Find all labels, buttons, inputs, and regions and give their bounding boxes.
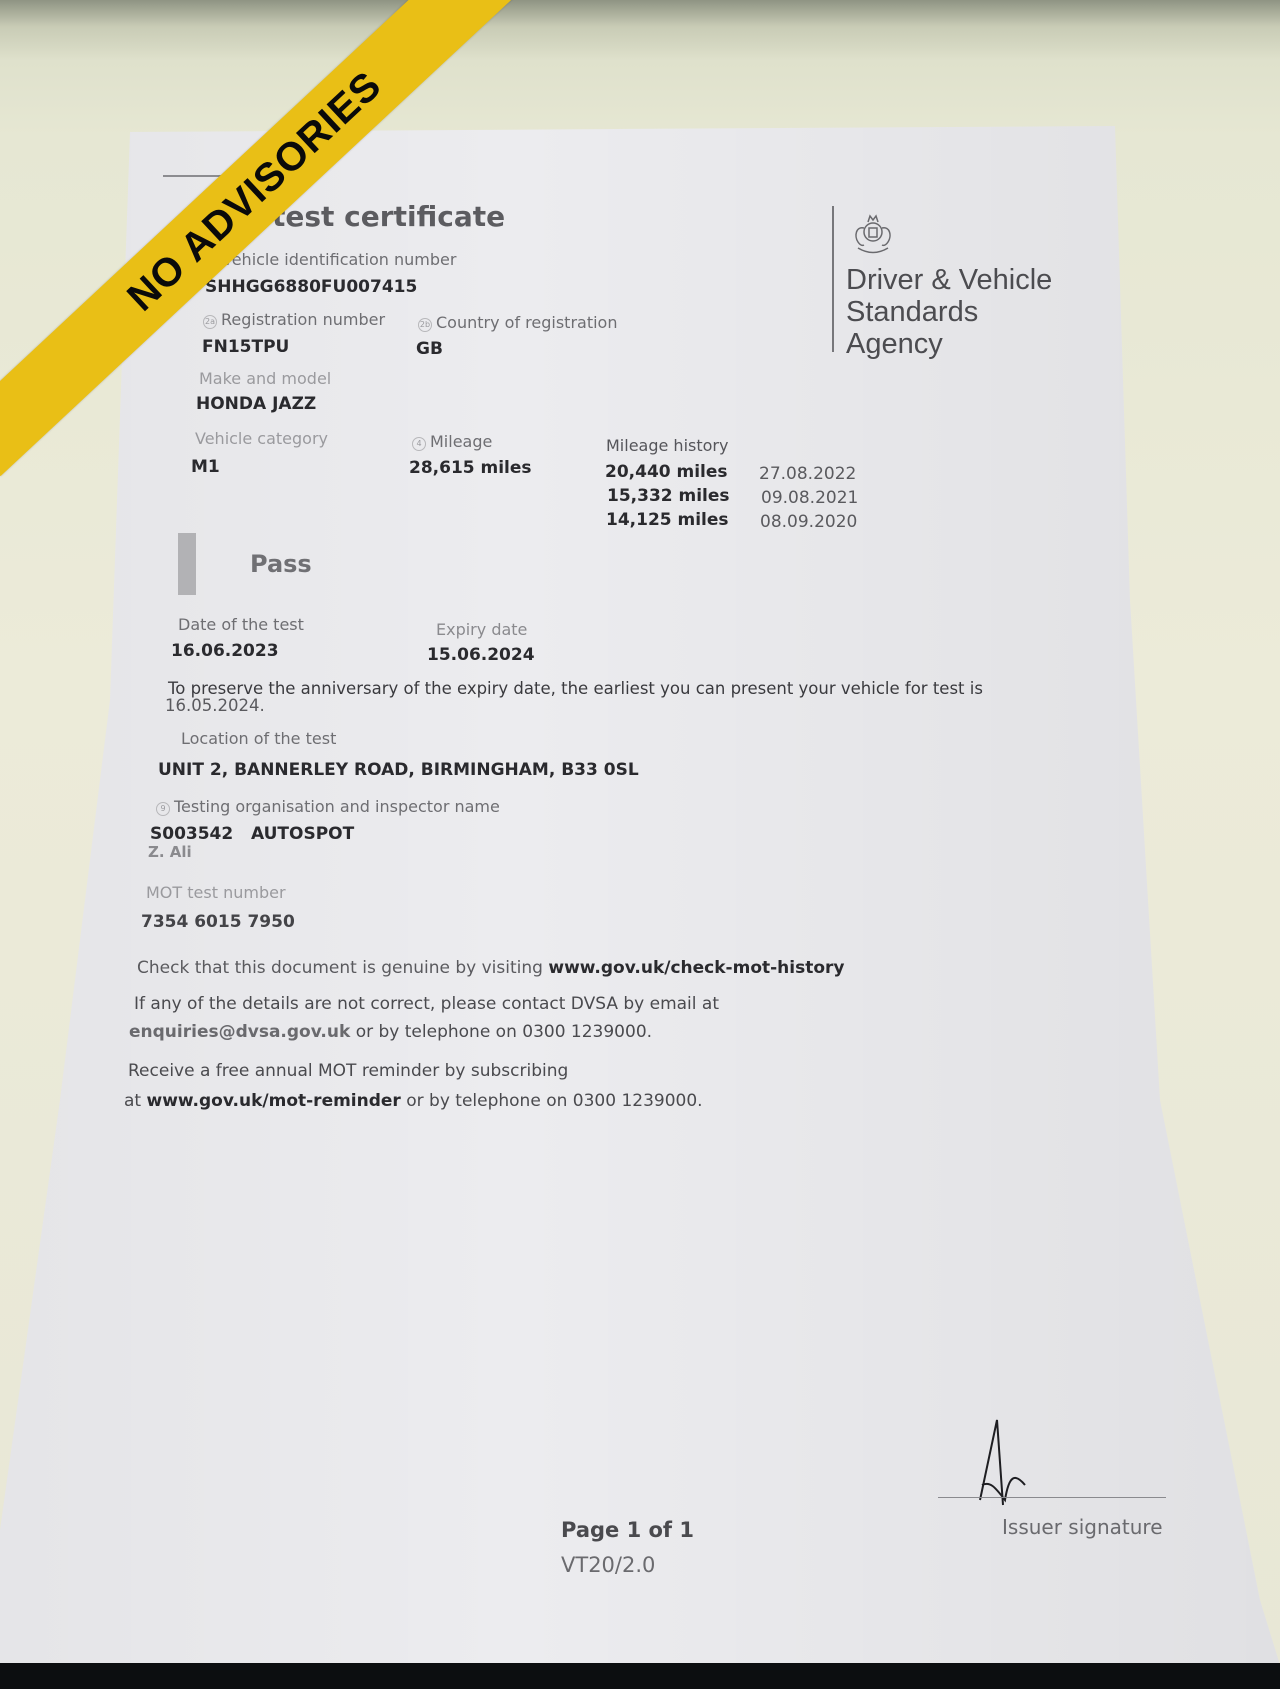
mileage-label: 4Mileage <box>412 432 492 451</box>
registration-value: FN15TPU <box>202 337 289 357</box>
location-value: UNIT 2, BANNERLEY ROAD, BIRMINGHAM, B33 … <box>158 760 639 780</box>
agency-name-line1: Driver & Vehicle <box>846 264 1052 296</box>
history-date: 09.08.2021 <box>761 488 858 508</box>
check-mot-history-link[interactable]: www.gov.uk/check-mot-history <box>548 958 844 978</box>
registration-label: 2aRegistration number <box>203 310 385 329</box>
field-marker-icon: 9 <box>156 802 170 816</box>
field-marker-icon: 4 <box>412 437 426 451</box>
location-label: Location of the test <box>181 729 336 748</box>
history-miles: 14,125 miles <box>606 510 729 530</box>
expiry-date-label: Expiry date <box>436 620 527 639</box>
mot-reminder-link[interactable]: www.gov.uk/mot-reminder <box>147 1091 401 1111</box>
agency-name-line3: Agency <box>846 328 943 360</box>
agency-name-line2: Standards <box>846 296 978 328</box>
inspector-name: Z. Ali <box>148 843 192 861</box>
category-value: M1 <box>191 457 220 477</box>
history-date: 27.08.2022 <box>759 464 856 484</box>
check-genuine-text: Check that this document is genuine by v… <box>137 958 845 978</box>
signature-line <box>938 1497 1166 1498</box>
make-model-value: HONDA JAZZ <box>196 394 316 414</box>
country-label: 2bCountry of registration <box>418 313 617 332</box>
reminder-line2: at www.gov.uk/mot-reminder or by telepho… <box>124 1091 703 1111</box>
contact-line1: If any of the details are not correct, p… <box>134 994 719 1014</box>
top-divider <box>163 175 221 177</box>
desk-edge <box>0 1663 1280 1689</box>
test-number-label: MOT test number <box>146 883 286 902</box>
test-date-value: 16.06.2023 <box>171 641 279 661</box>
background-shadow <box>0 0 1280 60</box>
make-model-label: Make and model <box>199 369 331 388</box>
history-miles: 20,440 miles <box>605 462 728 482</box>
testing-org-value: S003542 AUTOSPOT <box>150 824 354 844</box>
reminder-line1: Receive a free annual MOT reminder by su… <box>128 1061 568 1081</box>
expiry-date-value: 15.06.2024 <box>427 645 535 665</box>
contact-line2: enquiries@dvsa.gov.uk or by telephone on… <box>129 1022 652 1042</box>
history-date: 08.09.2020 <box>760 512 857 532</box>
page-number: Page 1 of 1 <box>561 1518 694 1542</box>
category-label: Vehicle category <box>195 429 328 448</box>
issuer-signature-icon <box>975 1415 1055 1510</box>
test-result: Pass <box>250 550 312 578</box>
testing-org-label: 9Testing organisation and inspector name <box>156 797 500 816</box>
dvsa-email-link[interactable]: enquiries@dvsa.gov.uk <box>129 1022 350 1042</box>
royal-coat-of-arms-icon <box>846 208 900 254</box>
result-stamp <box>178 533 196 595</box>
vin-label: Vehicle identification number <box>222 250 456 269</box>
anniversary-note-line2: 16.05.2024. <box>165 696 265 715</box>
test-date-label: Date of the test <box>178 615 304 634</box>
mileage-value: 28,615 miles <box>409 458 532 478</box>
field-marker-icon: 2b <box>418 318 432 332</box>
country-value: GB <box>416 339 443 359</box>
logo-divider <box>832 206 834 352</box>
test-number-value: 7354 6015 7950 <box>141 912 295 932</box>
anniversary-note-line1: To preserve the anniversary of the expir… <box>168 679 983 698</box>
issuer-signature-label: Issuer signature <box>1002 1515 1163 1539</box>
certificate-title: test certificate <box>272 200 505 233</box>
history-miles: 15,332 miles <box>607 486 730 506</box>
mileage-history-label: Mileage history <box>606 436 728 455</box>
field-marker-icon: 2a <box>203 315 217 329</box>
vin-value: SHHGG6880FU007415 <box>205 277 417 297</box>
form-version: VT20/2.0 <box>561 1553 655 1577</box>
